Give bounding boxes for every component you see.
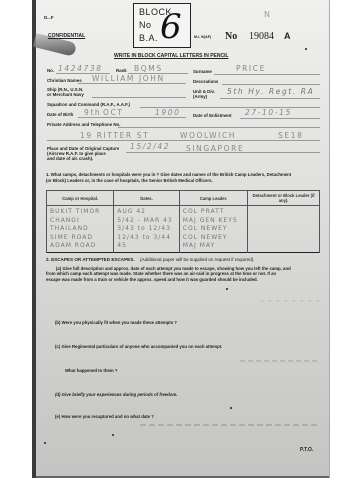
table-row: BUKIT TIMOR CHANGI THAILAND SIME ROAD AD…	[47, 206, 320, 253]
section2-e: (e) How were you recaptured and on what …	[55, 414, 154, 419]
classification-label: CONFIDENTIAL	[48, 33, 85, 39]
pto-label: P.T.O.	[300, 447, 313, 453]
dates-cell: AUG 42 5/42 - MAR 43 3/43 to 12/43 12/43…	[114, 206, 179, 253]
paper-speck	[112, 434, 114, 436]
corner-pencil-mark: N	[264, 10, 272, 19]
paper-speck	[44, 442, 46, 444]
camp-entry: BUKIT TIMOR	[50, 208, 112, 217]
leader-entry: MAJ MAY	[183, 242, 246, 251]
rank-label: Rank	[116, 68, 127, 73]
rank-value: BQMS	[134, 64, 163, 73]
christian-names-label: Christian Names	[47, 78, 82, 83]
detachment-leaders-cell	[248, 206, 320, 253]
leader-entry: COL NEWEY	[183, 225, 246, 234]
dob-day: 9th	[84, 108, 101, 117]
paper-speck	[226, 288, 228, 290]
serial-number: 19084	[249, 31, 274, 42]
block-ba-label: B.A.	[139, 33, 158, 43]
dob-month: OCT	[103, 108, 124, 117]
block-no-label: No	[139, 20, 152, 30]
no-value: 1424738	[58, 64, 103, 73]
section2-title-note: (Additional paper will be supplied on re…	[140, 257, 255, 262]
form-code: M.I. 9/(AF)	[194, 35, 211, 39]
date-entry: 3/43 to 12/43	[117, 225, 177, 234]
leader-entry: COL PRATT	[183, 208, 246, 217]
date-entry: 12/43 to 3/44	[117, 234, 177, 243]
enlistment-value: 27-10-15	[245, 108, 292, 117]
section2-a-line3: escape was made from a train or vehicle …	[46, 277, 322, 282]
bleed-through-text	[260, 300, 320, 302]
table-header-row: Camp or Hospital. Dates. Camp Leader. De…	[47, 191, 320, 206]
section2-c: (c) Give Regimental particulars of anyon…	[55, 344, 222, 349]
camp-entry: THAILAND	[50, 225, 112, 234]
unit-value: 5th Hy. Regt. RA	[227, 87, 314, 96]
dob-year: 1900	[155, 108, 181, 117]
leaders-cell: COL PRATT MAJ GEN KEYS COL NEWEY COL NEW…	[179, 206, 247, 253]
christian-names-value: WILLIAM JOHN	[92, 74, 165, 83]
camp-entry: SIME ROAD	[50, 234, 112, 243]
surname-value: PRICE	[236, 64, 266, 73]
paper-speck	[305, 48, 307, 50]
header-camp-leader: Camp Leader.	[179, 191, 247, 206]
dob-label: Date of Birth	[47, 112, 73, 117]
bleed-through-text	[140, 424, 318, 426]
serial-label: No	[225, 31, 237, 42]
camps-table: Camp or Hospital. Dates. Camp Leader. De…	[46, 190, 320, 253]
section1-question: 1. What camps, detachments or hospitals …	[46, 172, 322, 177]
section2-title-text: 2. ESCAPES OR ATTEMPTED ESCAPES.	[46, 257, 135, 262]
ship-label-line2: or Merchant Navy	[47, 92, 84, 97]
surname-label: Surname	[193, 69, 212, 74]
camp-entry: ADAM ROAD	[50, 242, 112, 251]
address-street: 19 RITTER ST	[80, 131, 149, 140]
capture-label-line3: and date of a/c crash).	[47, 156, 93, 161]
header-camp: Camp or Hospital.	[47, 191, 114, 206]
section2-b: (b) Were you physically fit when you mad…	[55, 320, 177, 325]
leader-entry: MAJ GEN KEYS	[183, 217, 246, 226]
address-district: SE18	[278, 131, 303, 140]
address-town: WOOLWICH	[180, 131, 236, 140]
unit-label-line2: (Army)	[193, 94, 207, 99]
section2-title: 2. ESCAPES OR ATTEMPTED ESCAPES. (Additi…	[46, 257, 255, 262]
camp-entry: CHANGI	[50, 217, 112, 226]
page-edge	[32, 0, 36, 478]
block-number-box: BLOCK No B.A. 6	[133, 3, 191, 48]
decorations-label: Decorations	[193, 79, 218, 84]
enlistment-label: Date of Enlistment	[193, 113, 232, 118]
no-label: No.	[47, 68, 54, 73]
section2-a: (a) Give full description and approx. da…	[46, 266, 322, 282]
capture-date: 15/2/42	[130, 142, 170, 151]
instruction-heading: WRITE IN BLOCK CAPITAL LETTERS IN PENCIL	[114, 53, 229, 59]
date-entry: 45	[117, 242, 177, 251]
section2-c-followup: What happened to them ?	[65, 368, 118, 373]
section1-question-line2: (or Block) Leaders or, in the case of ho…	[46, 178, 213, 183]
header-detachment-leader: Detachment or Block Leader (if any).	[248, 191, 320, 206]
camps-cell: BUKIT TIMOR CHANGI THAILAND SIME ROAD AD…	[47, 206, 114, 253]
serial-suffix: A	[284, 31, 291, 41]
section2-d: (d) Give briefly your experiences during…	[55, 392, 178, 397]
bleed-through-text	[240, 360, 320, 362]
paper-speck	[230, 407, 232, 409]
header-dates: Dates.	[114, 191, 179, 206]
address-label: Private Address and Telephone No.	[47, 122, 120, 127]
date-entry: 5/42 - MAR 43	[117, 217, 177, 226]
leader-entry: COL NEWEY	[183, 234, 246, 243]
squadron-label: Squadron and Command (R.A.F., A.A.F.)	[47, 102, 130, 107]
top-left-mark: D...F	[44, 15, 54, 20]
date-entry: AUG 42	[117, 208, 177, 217]
block-number: 6	[160, 10, 182, 44]
